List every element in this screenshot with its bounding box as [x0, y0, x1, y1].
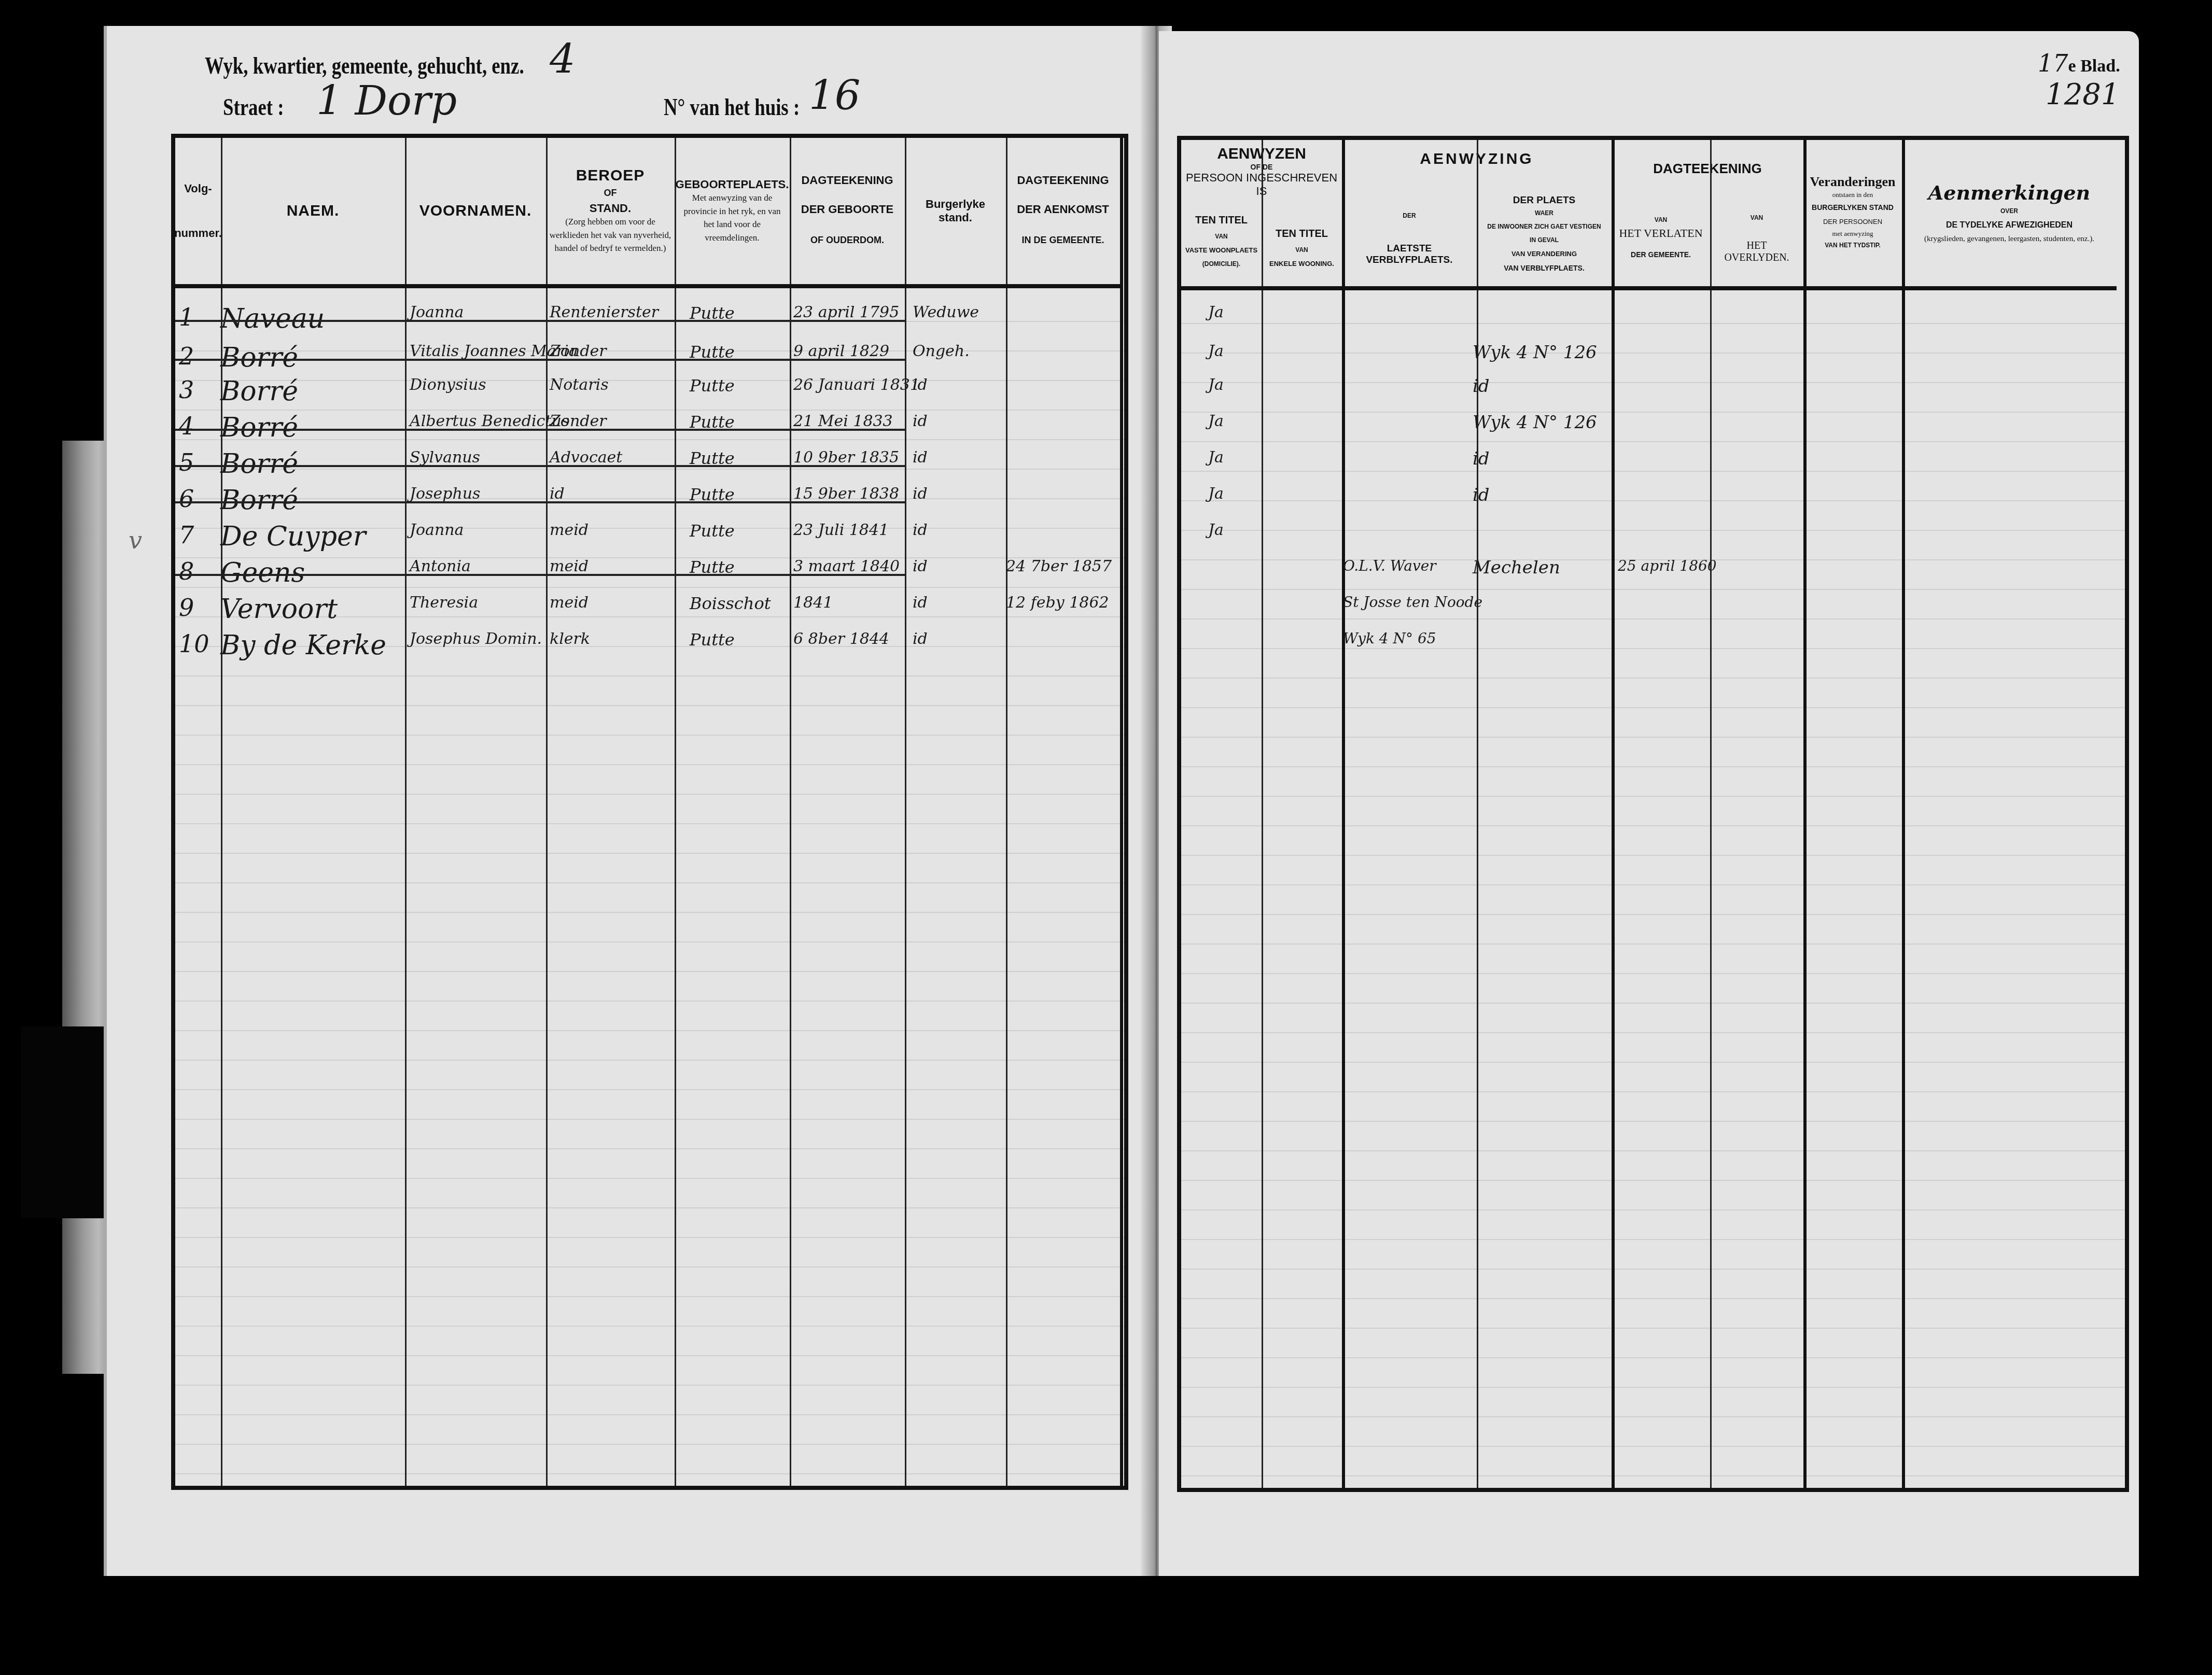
- col-volgnummer: Volg-nummer.: [175, 138, 222, 1486]
- right-ledger-table: AENWYZEN OF DE PERSOON INGESCHREVEN IS T…: [1177, 136, 2129, 1492]
- cell-nr: 10: [179, 630, 209, 658]
- col-dagteekening-aenkomst: DAGTEEKENINGDER AENKOMSTIN DE GEMEENTE.: [1006, 138, 1123, 1486]
- cell-vestigen: Mechelen: [1473, 557, 1560, 578]
- cell-voornamen: Albertus Benedictus: [410, 412, 569, 430]
- cell-geboorte: 6 8ber 1844: [793, 630, 889, 648]
- cell-voornamen: Joanna: [410, 303, 464, 321]
- cell-stand: Ongeh.: [913, 342, 970, 360]
- cell-geboorteplaets: Putte: [690, 630, 735, 650]
- cell-geboorteplaets: Putte: [690, 376, 735, 396]
- cell-beroep: Rentenierster: [550, 303, 659, 321]
- col-veranderingen: Veranderingenontstaen in denBURGERLYKEN …: [1803, 140, 1905, 1488]
- cell-geboorte: 23 Juli 1841: [793, 521, 889, 539]
- cell-beroep: meid: [550, 557, 589, 575]
- strike-through-line: [175, 359, 906, 361]
- col-beroep: BEROEPOFSTAND.(Zorg hebben om voor de we…: [546, 138, 676, 1486]
- cell-stand: id: [913, 485, 928, 503]
- cell-laetste: O.L.V. Waver: [1343, 557, 1436, 574]
- cell-beroep: Notaris: [550, 376, 609, 394]
- cell-domicilie: Ja: [1208, 342, 1224, 360]
- col-ten-titel-enkele-woning: TEN TITELVANENKELE WOONING.: [1262, 140, 1345, 1488]
- cell-naem: De Cuyper: [220, 521, 366, 552]
- cell-beroep: Advocaet: [550, 448, 622, 467]
- cell-beroep: meid: [550, 594, 589, 612]
- cell-voornamen: Josephus: [410, 485, 480, 503]
- cell-naem: Borré: [220, 342, 298, 373]
- cell-naem: Naveau: [220, 303, 325, 334]
- cell-stand: id: [913, 376, 928, 394]
- cell-geboorte: 10 9ber 1835: [793, 448, 899, 467]
- cell-voornamen: Joanna: [410, 521, 464, 539]
- left-ledger-table: Volg-nummer. NAEM. VOORNAMEN. BEROEPOFST…: [171, 134, 1128, 1490]
- blad-marker: 17e Blad.: [2038, 49, 2120, 77]
- straet-label: Straet :: [223, 93, 284, 121]
- cell-domicilie: Ja: [1208, 412, 1224, 430]
- cell-geboorteplaets: Boisschot: [690, 594, 771, 613]
- blad-label: e Blad.: [2068, 57, 2120, 76]
- cell-beroep: Zonder: [550, 412, 607, 430]
- cell-vestigen: Wyk 4 N° 126: [1473, 412, 1597, 433]
- cell-laetste: St Josse ten Noode: [1343, 594, 1482, 611]
- cell-nr: 4: [179, 412, 194, 440]
- cell-domicilie: Ja: [1208, 376, 1224, 394]
- cell-naem: Geens: [220, 557, 305, 588]
- cell-domicilie: Ja: [1208, 448, 1224, 467]
- cell-nr: 8: [179, 557, 194, 585]
- cell-geboorteplaets: Putte: [690, 521, 735, 541]
- cell-beroep: id: [550, 485, 565, 503]
- cell-vestigen: Wyk 4 N° 126: [1473, 342, 1597, 363]
- cell-beroep: klerk: [550, 630, 590, 648]
- cell-domicilie: Ja: [1208, 485, 1224, 503]
- cell-naem: Borré: [220, 448, 298, 480]
- strike-through-line: [175, 429, 906, 431]
- cell-voornamen: Josephus Domin.: [410, 630, 542, 648]
- cell-beroep: Zonder: [550, 342, 607, 360]
- cell-vestigen: id: [1473, 376, 1490, 397]
- wyk-value: 4: [550, 36, 576, 83]
- col-dagteekening-geboorte: DAGTEEKENINGDER GEBOORTEOF OUDERDOM.: [790, 138, 906, 1486]
- cell-stand: id: [913, 630, 928, 648]
- cell-naem: Borré: [220, 485, 298, 516]
- cell-domicilie: Ja: [1208, 303, 1224, 321]
- cell-geboorte: 9 april 1829: [793, 342, 889, 360]
- cell-stand: id: [913, 557, 928, 575]
- huis-value: 16: [809, 73, 860, 119]
- col-burgerlyke-stand: Burgerlyke stand.: [905, 138, 1007, 1486]
- strike-through-line: [175, 574, 906, 576]
- wyk-label: Wyk, kwartier, gemeente, gehucht, enz.: [205, 52, 524, 79]
- cell-naem: By de Kerke: [220, 630, 386, 661]
- col-verlaten-gemeente: VANHET VERLATENDER GEMEENTE.: [1612, 140, 1712, 1488]
- cell-stand: id: [913, 594, 928, 612]
- cell-naem: Borré: [220, 412, 298, 443]
- cell-aenkomst: 12 feby 1862: [1006, 594, 1109, 612]
- cell-nr: 9: [179, 594, 194, 622]
- cell-nr: 1: [179, 303, 194, 331]
- cell-stand: id: [913, 412, 928, 430]
- cell-stand: id: [913, 448, 928, 467]
- cell-aenkomst: 24 7ber 1857: [1006, 557, 1112, 575]
- col-overlyden: VANHET OVERLYDEN.: [1710, 140, 1807, 1488]
- cell-stand: Weduwe: [913, 303, 979, 321]
- cell-voornamen: Sylvanus: [410, 448, 480, 467]
- cell-geboorte: 3 maart 1840: [793, 557, 900, 575]
- blad-annotation: 1281: [2046, 78, 2120, 111]
- col-voornamen: VOORNAMEN.: [405, 138, 548, 1486]
- cell-stand: id: [913, 521, 928, 539]
- cell-voornamen: Antonia: [410, 557, 471, 575]
- cell-verlaten: 25 april 1860: [1618, 557, 1717, 574]
- cell-nr: 6: [179, 485, 194, 513]
- cell-geboorte: 15 9ber 1838: [793, 485, 899, 503]
- cell-nr: 7: [179, 521, 194, 549]
- cell-naem: Borré: [220, 376, 298, 407]
- cell-geboorte: 26 Januari 1831: [793, 376, 920, 394]
- strike-through-line: [175, 320, 906, 322]
- cell-voornamen: Theresia: [410, 594, 478, 612]
- straet-value: 1 Dorp: [316, 78, 457, 124]
- col-aenmerkingen: AenmerkingenOVERDE TYDELYKE AFWEZIGHEDEN…: [1902, 140, 2117, 1488]
- cell-vestigen: id: [1473, 448, 1490, 469]
- cell-nr: 3: [179, 376, 194, 404]
- huis-label: N° van het huis :: [664, 93, 800, 121]
- cell-domicilie: Ja: [1208, 521, 1224, 539]
- col-geboorteplaets: GEBOORTEPLAETS.Met aenwyzing van de prov…: [675, 138, 791, 1486]
- cell-nr: 5: [179, 448, 194, 476]
- col-naem: NAEM.: [221, 138, 407, 1486]
- cell-geboorte: 1841: [793, 594, 833, 612]
- blad-number: 17: [2038, 49, 2068, 77]
- cell-vestigen: id: [1473, 485, 1490, 505]
- cell-geboorte: 21 Mei 1833: [793, 412, 893, 430]
- cell-geboorte: 23 april 1795: [793, 303, 899, 321]
- cell-beroep: meid: [550, 521, 589, 539]
- strike-through-line: [175, 501, 906, 503]
- cell-voornamen: Dionysius: [410, 376, 486, 394]
- col-laetste-verblyfplaets: DERLAETSTE VERBLYFPLAETS.: [1342, 140, 1478, 1488]
- cell-laetste: Wyk 4 N° 65: [1343, 630, 1436, 647]
- strike-through-line: [175, 465, 906, 467]
- cell-nr: 2: [179, 342, 194, 370]
- cell-naem: Vervoort: [220, 594, 338, 625]
- margin-check-mark: v: [129, 526, 142, 554]
